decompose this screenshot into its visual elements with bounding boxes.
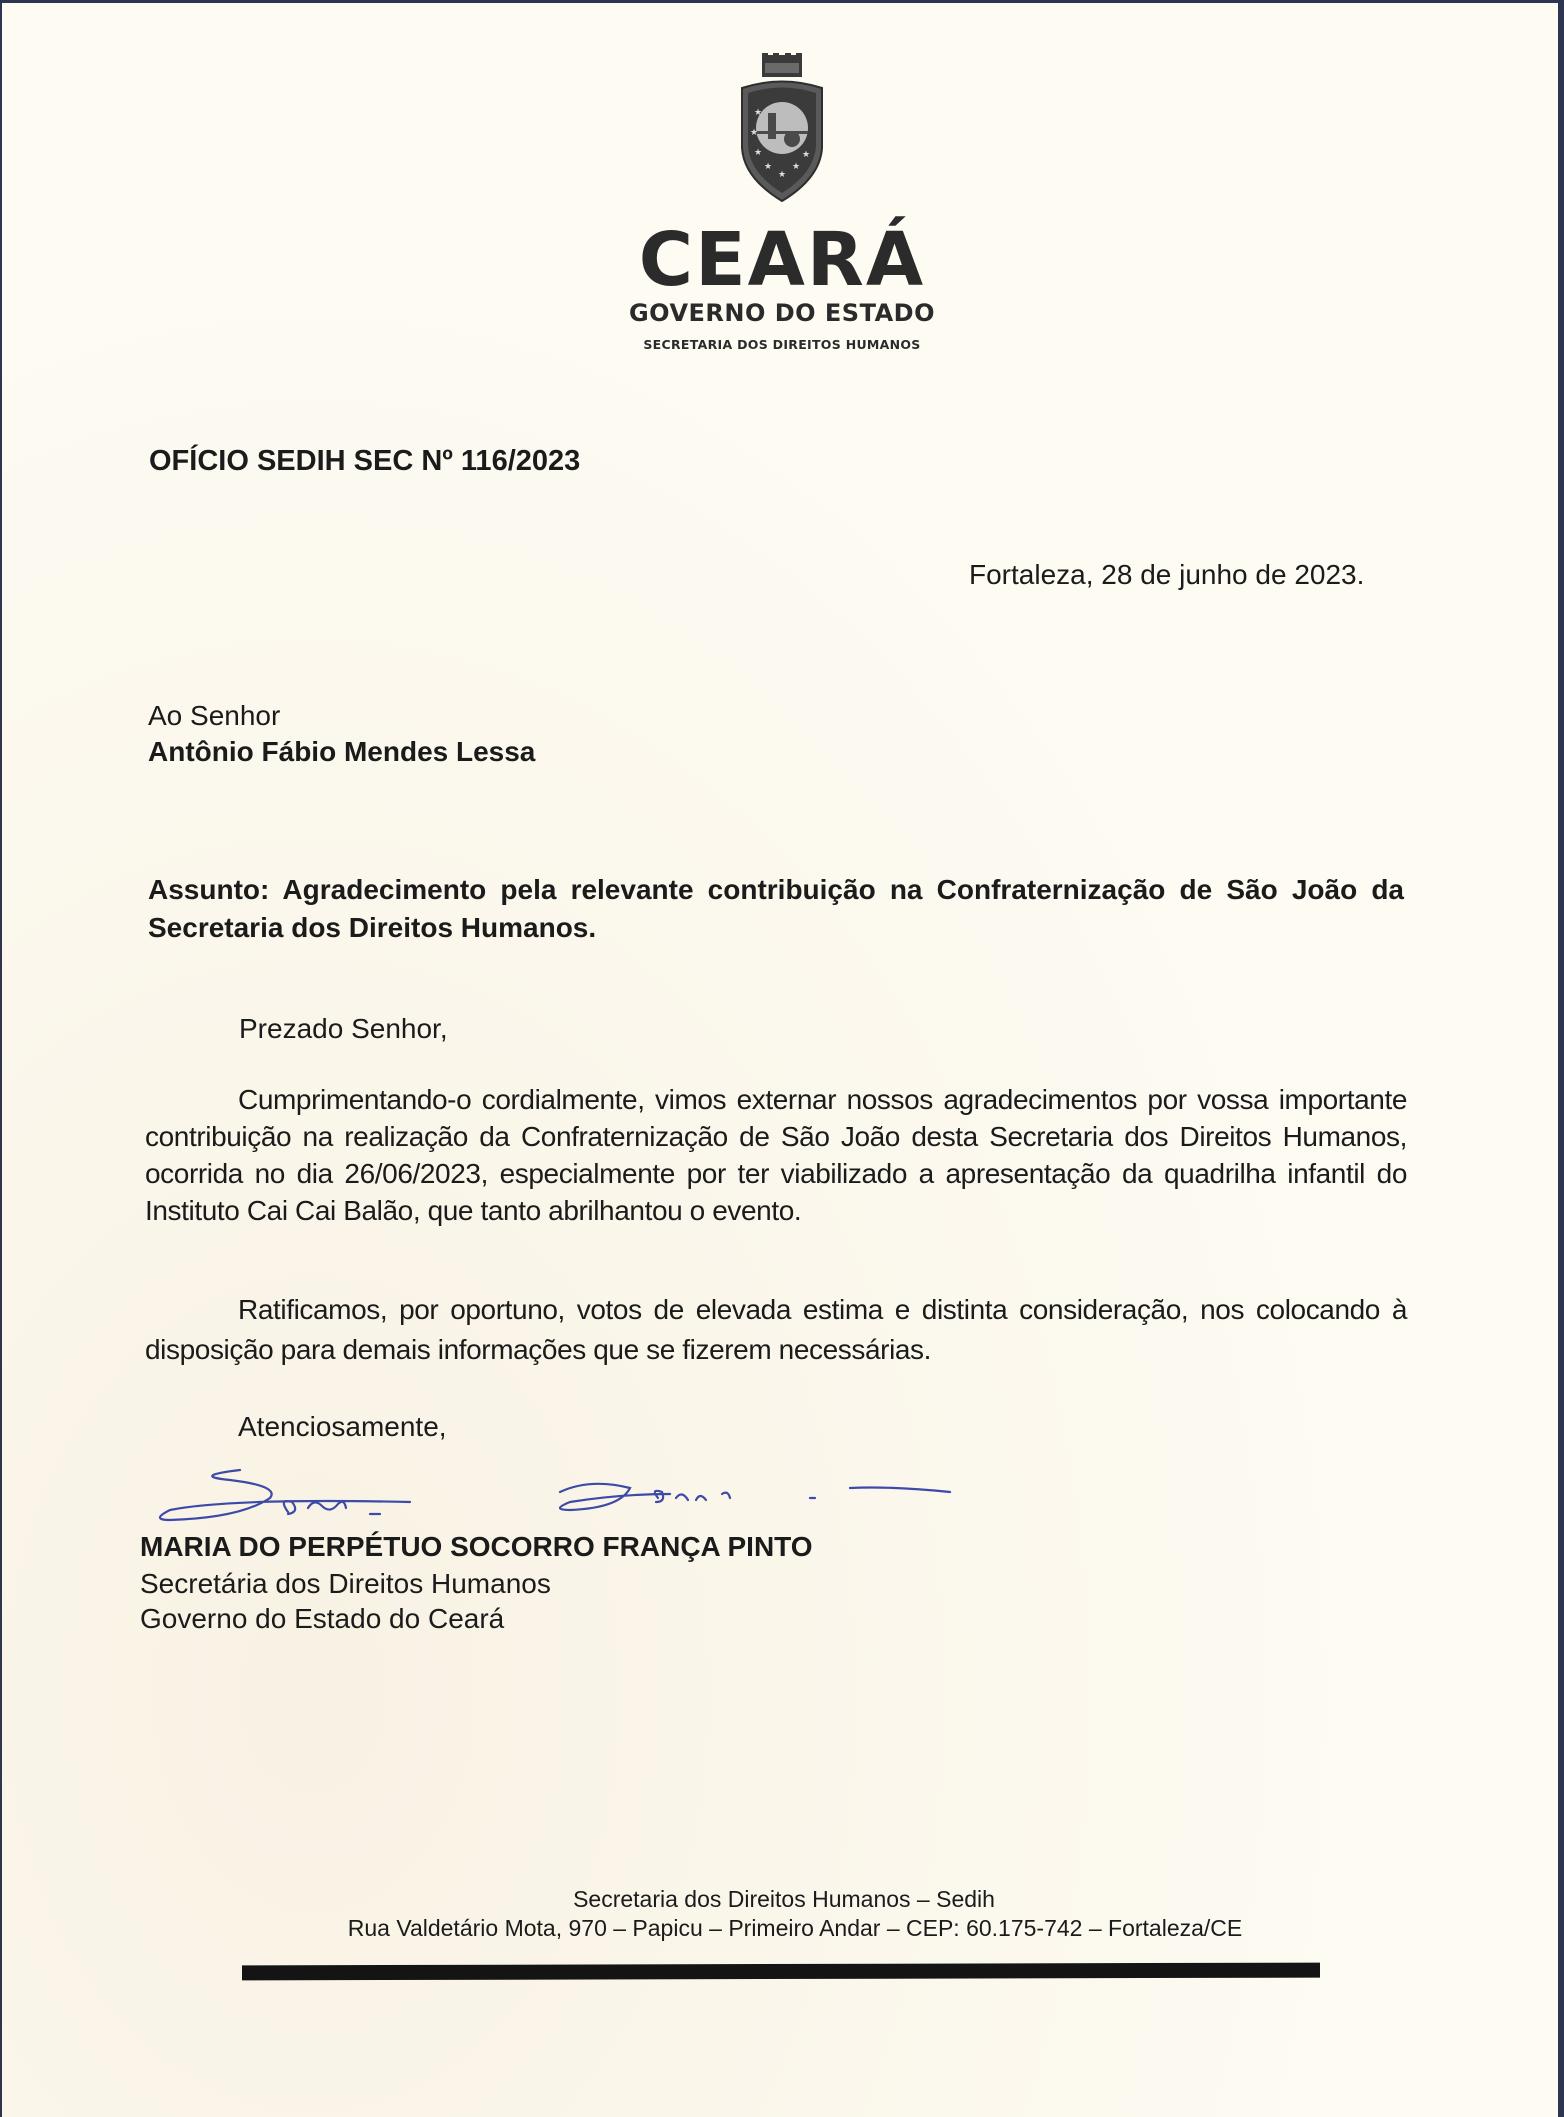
signer-organization: Governo do Estado do Ceará: [140, 1603, 504, 1635]
svg-text:★: ★: [750, 127, 758, 137]
recipient-name: Antônio Fábio Mendes Lessa: [148, 736, 535, 768]
ceara-coat-of-arms-icon: ★ ★ ★ ★ ★ ★ ★: [732, 53, 832, 203]
place-date: Fortaleza, 28 de junho de 2023.: [969, 559, 1364, 591]
svg-text:★: ★: [792, 161, 800, 171]
body-paragraph: Cumprimentando-o cordialmente, vimos ext…: [145, 1081, 1407, 1229]
svg-text:★: ★: [778, 169, 786, 179]
state-name: CEARÁ: [602, 223, 962, 297]
svg-text:★: ★: [754, 147, 762, 157]
recipient-salutation: Ao Senhor: [148, 700, 280, 732]
svg-text:★: ★: [754, 107, 762, 117]
footer-department: Secretaria dos Direitos Humanos – Sedih: [2, 1886, 1564, 1913]
greeting: Prezado Senhor,: [239, 1013, 448, 1045]
svg-text:★: ★: [802, 149, 810, 159]
department-label: SECRETARIA DOS DIREITOS HUMANOS: [602, 337, 962, 352]
closing: Atenciosamente,: [238, 1411, 447, 1443]
footer-address: Rua Valdetário Mota, 970 – Papicu – Prim…: [2, 1915, 1564, 1942]
footer-divider: [242, 1963, 1320, 1981]
letter-page: ★ ★ ★ ★ ★ ★ ★ CEARÁ GOVERNO DO ESTADO SE…: [2, 3, 1558, 2117]
svg-text:★: ★: [764, 161, 772, 171]
body-paragraph: Ratificamos, por oportuno, votos de elev…: [145, 1290, 1407, 1370]
government-label: GOVERNO DO ESTADO: [602, 299, 962, 327]
letterhead: ★ ★ ★ ★ ★ ★ ★ CEARÁ GOVERNO DO ESTADO SE…: [602, 53, 962, 352]
document-reference: OFÍCIO SEDIH SEC Nº 116/2023: [149, 445, 580, 478]
subject-line: Assunto: Agradecimento pela relevante co…: [148, 871, 1404, 947]
handwritten-signature-icon: [150, 1458, 970, 1538]
signer-title: Secretária dos Direitos Humanos: [140, 1568, 551, 1600]
signer-name: MARIA DO PERPÉTUO SOCORRO FRANÇA PINTO: [140, 1531, 813, 1563]
